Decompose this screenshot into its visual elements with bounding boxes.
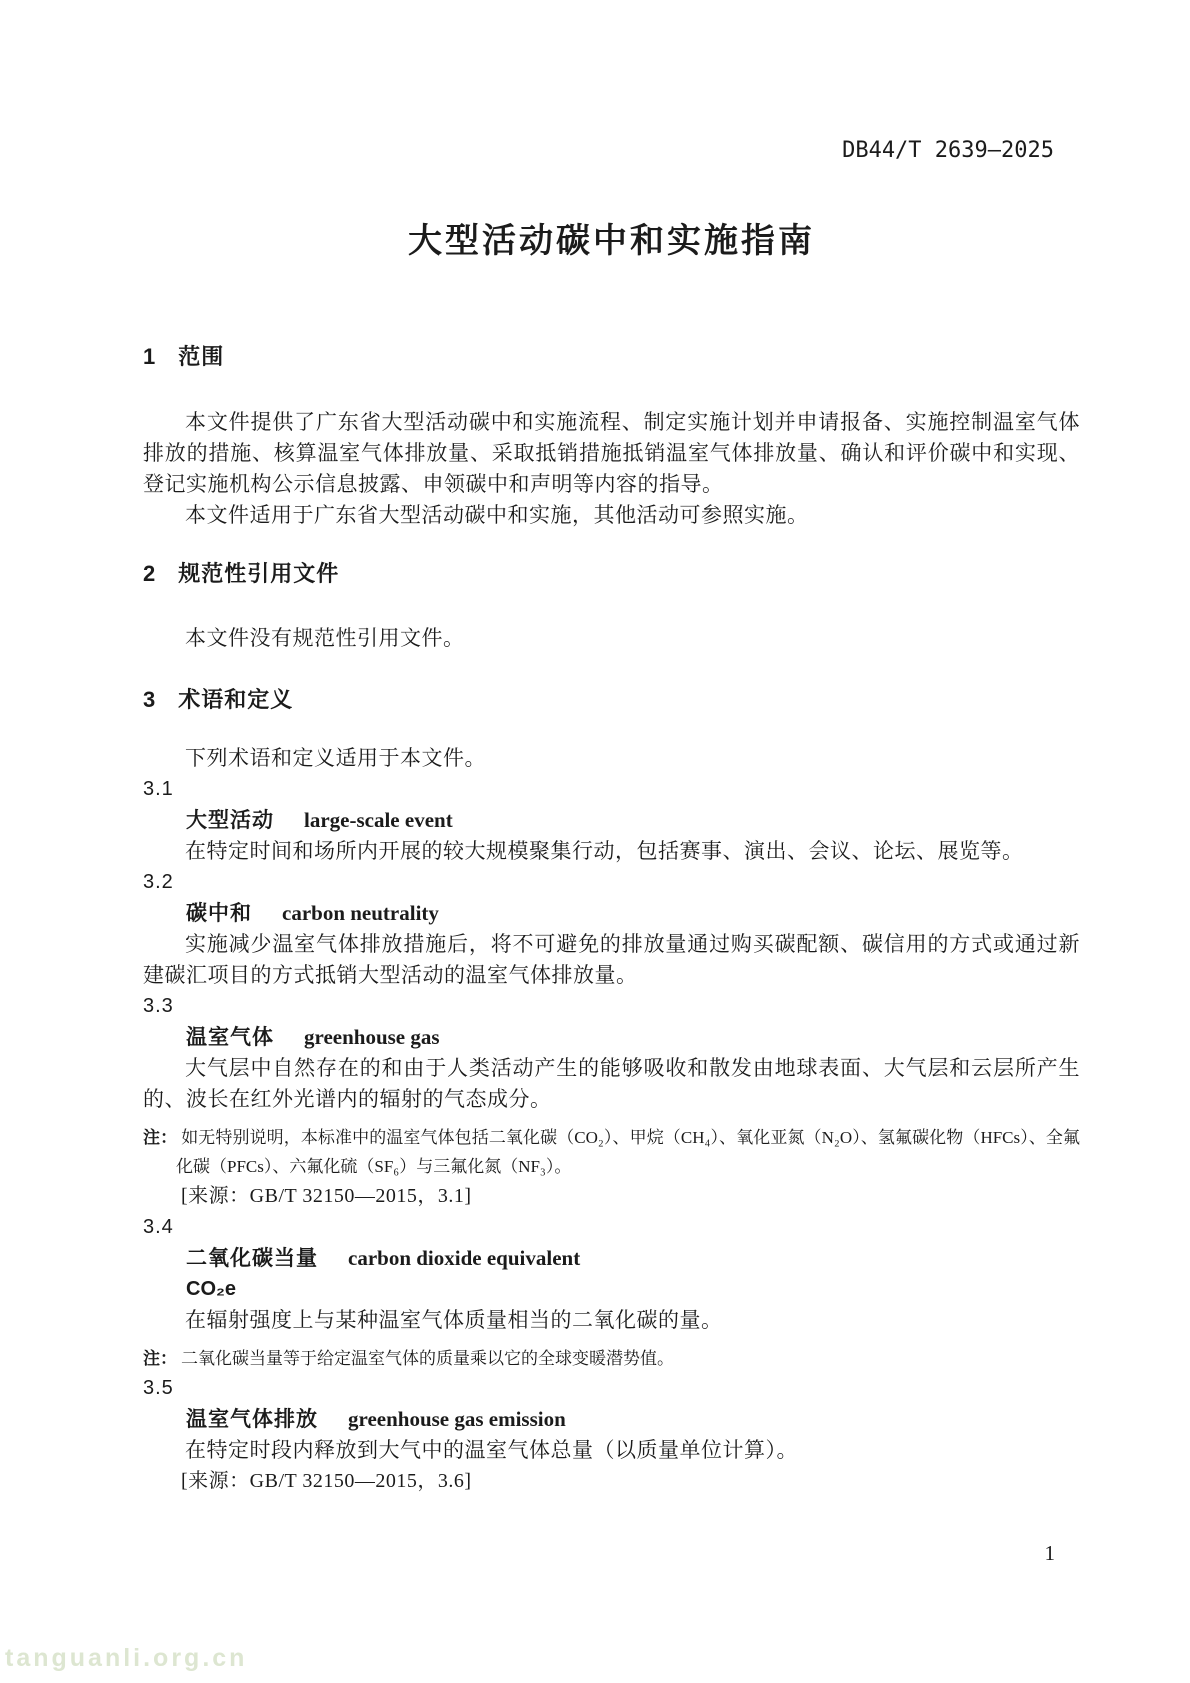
term-name-zh: 碳中和 — [186, 902, 252, 925]
page-number: 1 — [1045, 1541, 1056, 1565]
term-definition: 实施减少温室气体排放措施后，将不可避免的排放量通过购买碳配额、碳信用的方式或通过… — [143, 929, 1080, 991]
term-name-zh: 二氧化碳当量 — [186, 1247, 318, 1270]
term-name-line: 温室气体greenhouse gas — [186, 1022, 1080, 1053]
term-symbol: CO₂e — [186, 1274, 1080, 1305]
term-name-zh: 大型活动 — [186, 809, 274, 832]
document-header: DB44/T 2639—2025 — [143, 138, 1080, 163]
term-definition: 在特定时间和场所内开展的较大规模聚集行动，包括赛事、演出、会议、论坛、展览等。 — [143, 836, 1080, 867]
term-id: 3.5 — [143, 1373, 1080, 1404]
clause-heading-terms-definitions: 3术语和定义 — [143, 687, 1080, 713]
term-name-en: carbon neutrality — [282, 901, 439, 925]
term-note: 注：如无特别说明，本标准中的温室气体包括二氧化碳（CO₂）、甲烷（CH₄）、氧化… — [143, 1123, 1080, 1181]
term-name-en: greenhouse gas — [304, 1025, 440, 1049]
clause-number: 3 — [143, 687, 155, 713]
term-name-zh: 温室气体 — [186, 1026, 274, 1049]
term-id: 3.3 — [143, 991, 1080, 1022]
doc-number: DB44/T 2639—2025 — [842, 138, 1054, 163]
term-name-en: greenhouse gas emission — [348, 1407, 566, 1431]
clause-title: 术语和定义 — [178, 687, 293, 712]
term-name-line: 温室气体排放greenhouse gas emission — [186, 1404, 1080, 1435]
note-label: 注： — [143, 1128, 177, 1147]
term-entry-large-scale-event: 3.1 大型活动large-scale event 在特定时间和场所内开展的较大… — [143, 774, 1080, 867]
term-source: [来源：GB/T 32150—2015，3.1] — [181, 1181, 1080, 1212]
term-definition: 大气层中自然存在的和由于人类活动产生的能够吸收和散发由地球表面、大气层和云层所产… — [143, 1053, 1080, 1115]
scope-paragraph: 本文件提供了广东省大型活动碳中和实施流程、制定实施计划并申请报备、实施控制温室气… — [143, 407, 1080, 500]
clause-heading-normative-references: 2规范性引用文件 — [143, 561, 1080, 587]
term-entry-carbon-neutrality: 3.2 碳中和carbon neutrality 实施减少温室气体排放措施后，将… — [143, 867, 1080, 991]
clause-heading-scope: 1范围 — [143, 344, 1080, 370]
clause-number: 2 — [143, 561, 155, 587]
term-name-line: 碳中和carbon neutrality — [186, 898, 1080, 929]
term-name-zh: 温室气体排放 — [186, 1408, 318, 1431]
scope-applicability-paragraph: 本文件适用于广东省大型活动碳中和实施，其他活动可参照实施。 — [143, 500, 1080, 531]
terms-intro-paragraph: 下列术语和定义适用于本文件。 — [143, 743, 1080, 774]
term-entry-greenhouse-gas-emission: 3.5 温室气体排放greenhouse gas emission 在特定时段内… — [143, 1373, 1080, 1497]
clause-title: 范围 — [178, 344, 224, 369]
term-entry-carbon-dioxide-equivalent: 3.4 二氧化碳当量carbon dioxide equivalent CO₂e… — [143, 1212, 1080, 1373]
term-definition: 在辐射强度上与某种温室气体质量相当的二氧化碳的量。 — [143, 1305, 1080, 1336]
term-name-en: carbon dioxide equivalent — [348, 1246, 580, 1270]
term-entry-greenhouse-gas: 3.3 温室气体greenhouse gas 大气层中自然存在的和由于人类活动产… — [143, 991, 1080, 1212]
clause-number: 1 — [143, 344, 155, 370]
document-page: DB44/T 2639—2025 大型活动碳中和实施指南 1范围 本文件提供了广… — [0, 0, 1190, 1683]
term-id: 3.1 — [143, 774, 1080, 805]
note-label: 注： — [143, 1349, 177, 1368]
term-source: [来源：GB/T 32150—2015，3.6] — [181, 1466, 1080, 1497]
term-name-line: 二氧化碳当量carbon dioxide equivalent — [186, 1243, 1080, 1274]
clause-title: 规范性引用文件 — [178, 561, 339, 586]
term-note: 注：二氧化碳当量等于给定温室气体的质量乘以它的全球变暖潜势值。 — [143, 1344, 1080, 1373]
term-id: 3.4 — [143, 1212, 1080, 1243]
term-name-line: 大型活动large-scale event — [186, 805, 1080, 836]
watermark-text: tanguanli.org.cn — [5, 1644, 247, 1673]
term-id: 3.2 — [143, 867, 1080, 898]
normative-references-paragraph: 本文件没有规范性引用文件。 — [143, 623, 1080, 654]
note-text: 二氧化碳当量等于给定温室气体的质量乘以它的全球变暖潜势值。 — [181, 1349, 674, 1368]
document-title: 大型活动碳中和实施指南 — [143, 220, 1080, 262]
term-definition: 在特定时段内释放到大气中的温室气体总量（以质量单位计算）。 — [143, 1435, 1080, 1466]
term-name-en: large-scale event — [304, 808, 453, 832]
note-text: 如无特别说明，本标准中的温室气体包括二氧化碳（CO₂）、甲烷（CH₄）、氧化亚氮… — [176, 1128, 1080, 1176]
